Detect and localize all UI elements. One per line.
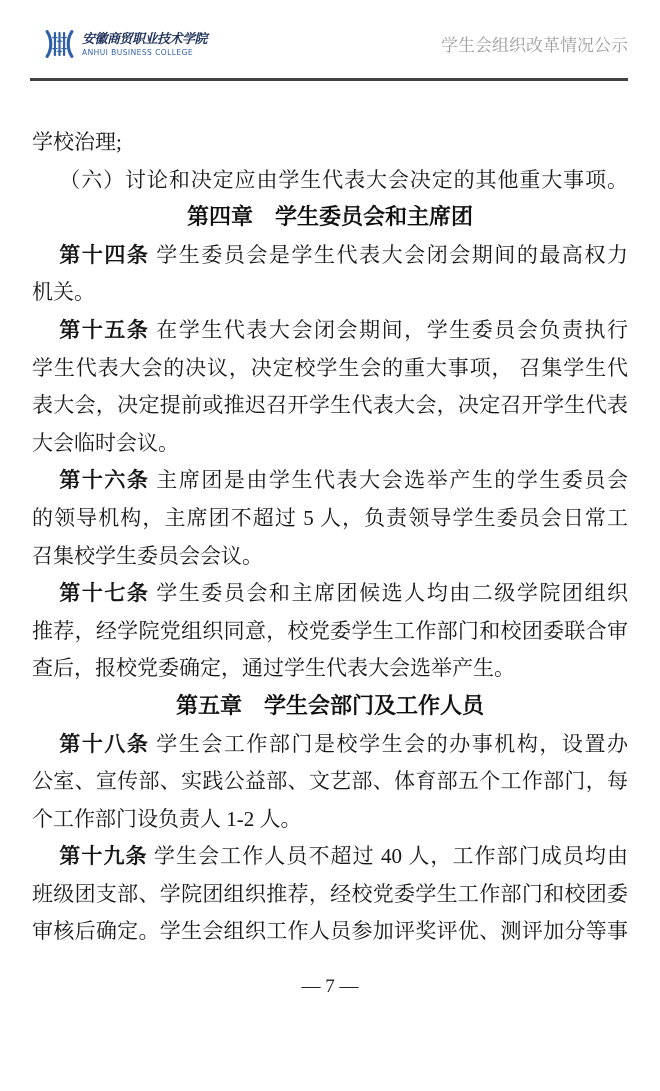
body-line: 班级团支部、学院团组织推荐，经校党委学生工作部门和校团委 xyxy=(32,876,628,914)
header-doc-title: 学生会组织改革情况公示 xyxy=(441,36,628,58)
body-line: 表大会，决定提前或推迟召开学生代表大会，决定召开学生代表 xyxy=(32,387,628,425)
body-line: 第十七条 学生委员会和主席团候选人均由二级学院团组织 xyxy=(32,575,628,613)
article-number: 第十五条 xyxy=(59,318,149,342)
body-line: 第十五条 在学生代表大会闭会期间，学生委员会负责执行 xyxy=(32,312,628,350)
body-line: （六）讨论和决定应由学生代表大会决定的其他重大事项。 xyxy=(32,162,628,200)
college-logo-text: 安徽商贸职业技术学院 ANHUI BUSINESS COLLEGE xyxy=(82,32,207,57)
article-number: 第十八条 xyxy=(59,732,149,756)
article-number: 第十九条 xyxy=(59,844,147,868)
body-line: 第十六条 主席团是由学生代表大会选举产生的学生委员会 xyxy=(32,462,628,500)
body-line: 审核后确定。学生会组织工作人员参加评奖评优、测评加分等事 xyxy=(32,913,628,951)
article-number: 第十四条 xyxy=(59,243,149,267)
article-number: 第十六条 xyxy=(59,468,149,492)
page-header: 安徽商贸职业技术学院 ANHUI BUSINESS COLLEGE 学生会组织改… xyxy=(43,30,628,58)
body-line: 第十九条 学生会工作人员不超过 40 人，工作部门成员均由 xyxy=(32,838,628,876)
article-number: 第十七条 xyxy=(59,581,149,605)
page-footer: — 7 — xyxy=(0,972,660,1002)
body-line: 个工作部门设负责人 1-2 人。 xyxy=(32,801,628,839)
body-line: 推荐，经学院党组织同意，校党委学生工作部门和校团委联合审 xyxy=(32,613,628,651)
body-line: 公室、宣传部、实践公益部、文艺部、体育部五个工作部门，每 xyxy=(32,763,628,801)
body-line: 学校治理; xyxy=(32,124,628,162)
college-name-english: ANHUI BUSINESS COLLEGE xyxy=(82,48,207,57)
document-body: 学校治理;（六）讨论和决定应由学生代表大会决定的其他重大事项。第四章 学生委员会… xyxy=(32,124,628,951)
body-line: 第十四条 学生委员会是学生代表大会闭会期间的最高权力 xyxy=(32,237,628,275)
chapter-heading: 第四章 学生委员会和主席团 xyxy=(32,199,628,237)
body-line: 机关。 xyxy=(32,274,628,312)
body-line: 召集校学生委员会会议。 xyxy=(32,538,628,576)
header-divider xyxy=(30,78,628,81)
body-line: 第十八条 学生会工作部门是校学生会的办事机构，设置办 xyxy=(32,726,628,764)
chapter-heading: 第五章 学生会部门及工作人员 xyxy=(32,688,628,726)
body-line: 查后，报校党委确定，通过学生代表大会选举产生。 xyxy=(32,650,628,688)
college-logo: 安徽商贸职业技术学院 ANHUI BUSINESS COLLEGE xyxy=(43,30,207,58)
body-line: 的领导机构，主席团不超过 5 人，负责领导学生委员会日常工作， xyxy=(32,500,628,538)
body-line: 学生代表大会的决议，决定校学生会的重大事项， 召集学生代 xyxy=(32,350,628,388)
page-number: — 7 — xyxy=(302,976,359,997)
body-line: 大会临时会议。 xyxy=(32,425,628,463)
college-name-chinese: 安徽商贸职业技术学院 xyxy=(82,32,207,47)
college-logo-icon xyxy=(43,30,76,58)
document-page: 安徽商贸职业技术学院 ANHUI BUSINESS COLLEGE 学生会组织改… xyxy=(0,0,660,1091)
